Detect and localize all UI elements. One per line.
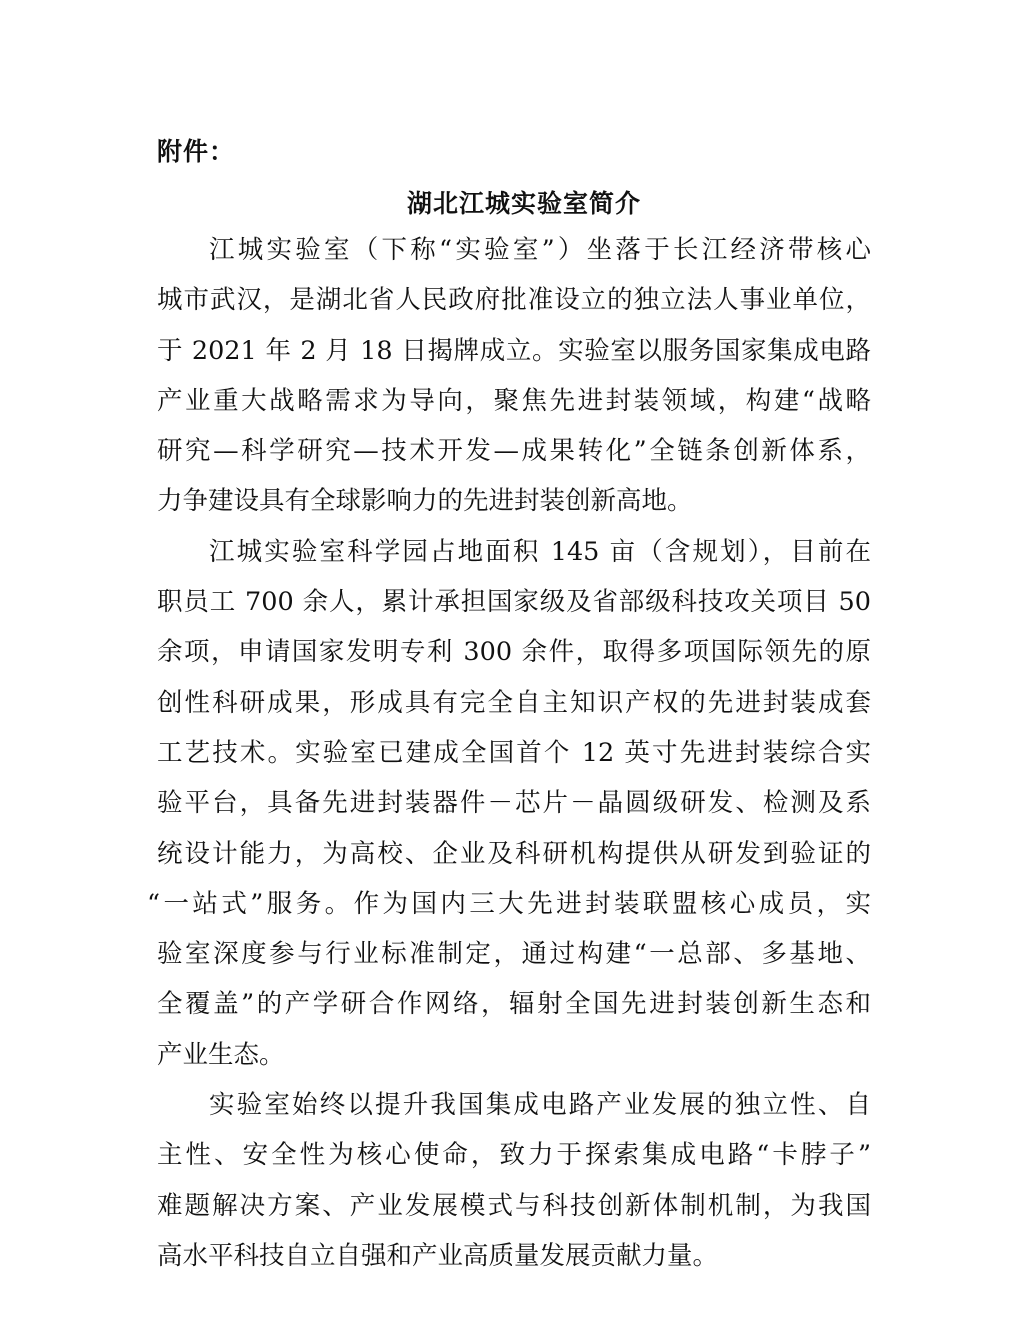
paragraph-3: 实验室始终以提升我国集成电路产业发展的独立性、自 主性、安全性为核心使命，致力于… <box>157 1085 871 1286</box>
paragraph-line: 高水平科技自立自强和产业高质量发展贡献力量。 <box>157 1236 871 1286</box>
paragraph-line: 江城实验室（下称“实验室”）坐落于长江经济带核心 <box>157 230 871 280</box>
paragraph-line: “一站式”服务。作为国内三大先进封装联盟核心成员，实 <box>147 884 871 934</box>
paragraph-line: 难题解决方案、产业发展模式与科技创新体制机制，为我国 <box>157 1186 871 1236</box>
paragraph-line: 主性、安全性为核心使命，致力于探索集成电路“卡脖子” <box>157 1135 871 1185</box>
paragraph-line: 力争建设具有全球影响力的先进封装创新高地。 <box>157 481 871 531</box>
paragraph-line: 验室深度参与行业标准制定，通过构建“一总部、多基地、 <box>157 934 871 984</box>
paragraph-2: 江城实验室科学园占地面积 145 亩（含规划），目前在 职员工 700 余人，累… <box>157 532 871 1085</box>
paragraph-line: 职员工 700 余人，累计承担国家级及省部级科技攻关项目 50 <box>157 582 871 632</box>
paragraph-line: 工艺技术。实验室已建成全国首个 12 英寸先进封装综合实 <box>157 733 871 783</box>
paragraph-line: 于 2021 年 2 月 18 日揭牌成立。实验室以服务国家集成电路 <box>157 331 871 381</box>
paragraph-line: 验平台，具备先进封装器件－芯片－晶圆级研发、检测及系 <box>157 783 871 833</box>
paragraph-line: 江城实验室科学园占地面积 145 亩（含规划），目前在 <box>157 532 871 582</box>
paragraph-line: 研究—科学研究—技术开发—成果转化”全链条创新体系， <box>157 431 871 481</box>
paragraph-line: 产业重大战略需求为导向，聚焦先进封装领域，构建“战略 <box>157 381 871 431</box>
document-title: 湖北江城实验室简介 <box>157 187 871 221</box>
paragraph-1: 江城实验室（下称“实验室”）坐落于长江经济带核心 城市武汉，是湖北省人民政府批准… <box>157 230 871 532</box>
paragraph-line: 全覆盖”的产学研合作网络，辐射全国先进封装创新生态和 <box>157 984 871 1034</box>
paragraph-line: 创性科研成果，形成具有完全自主知识产权的先进封装成套 <box>157 683 871 733</box>
attachment-label: 附件： <box>157 135 235 169</box>
paragraph-line: 余项，申请国家发明专利 300 余件，取得多项国际领先的原 <box>157 632 871 682</box>
paragraph-line: 统设计能力，为高校、企业及科研机构提供从研发到验证的 <box>157 834 871 884</box>
paragraph-line: 城市武汉，是湖北省人民政府批准设立的独立法人事业单位， <box>157 280 871 330</box>
document-body: 江城实验室（下称“实验室”）坐落于长江经济带核心 城市武汉，是湖北省人民政府批准… <box>157 230 871 1286</box>
paragraph-line: 实验室始终以提升我国集成电路产业发展的独立性、自 <box>157 1085 871 1135</box>
paragraph-line: 产业生态。 <box>157 1035 871 1085</box>
